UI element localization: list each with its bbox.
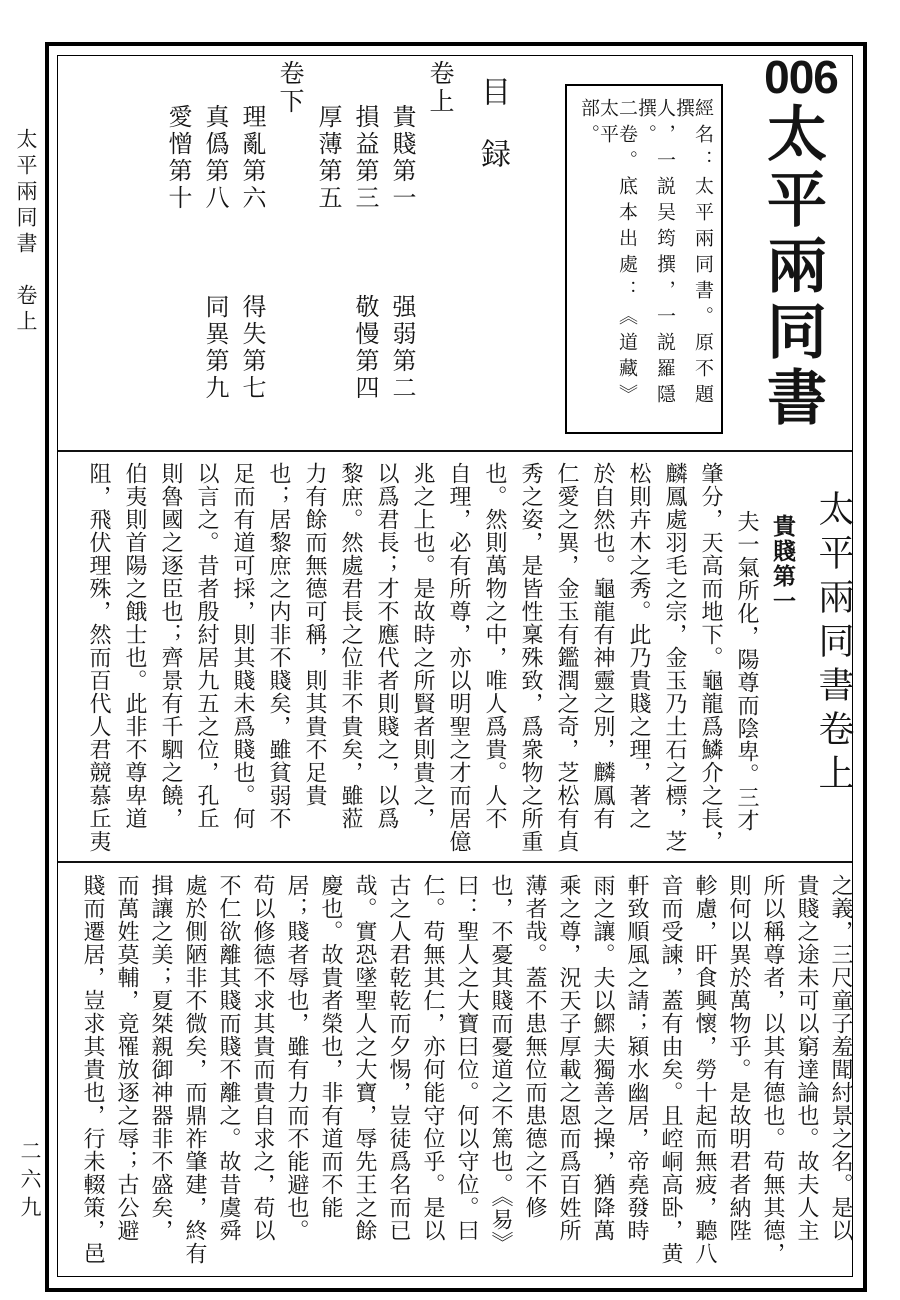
text-column: 慶也。故貴者榮也，非有道而不能 (318, 874, 342, 1282)
header-body-divider (58, 450, 852, 452)
text-column: 仁愛之異，金玉有鑑潤之奇，芝松有貞 (554, 462, 578, 858)
book-number: 006 (758, 50, 844, 104)
chapter-title-column: 太平兩同書卷上 (808, 462, 852, 858)
toc: 卷上 貴賤第一强弱第二 損益第三敬慢第四 厚薄第五 卷下 理亂第六得失第七 真僞… (164, 60, 452, 445)
toc-volume-label: 卷下 (275, 60, 302, 445)
text-column: 揖讓之美；夏桀親御神器非不盛矣， (148, 874, 172, 1282)
text-column: 乘之尊，況天子厚載之恩而爲百姓所 (556, 874, 580, 1282)
toc-column: 愛憎第十 (162, 60, 189, 445)
text-column: 音而受諫，蓋有由矣。且崆峒高卧，黄 (658, 874, 682, 1282)
toc-column: 貴賤第一强弱第二 (386, 60, 413, 445)
toc-column: 真僞第八同異第九 (199, 60, 226, 445)
text-column: 則魯國之逐臣也；齊景有千駟之饒， (158, 462, 182, 858)
text-column: 處於側陋非不微矣，而鼎祚肇建，終有 (182, 874, 206, 1282)
text-column: 也。然則萬物之中，唯人爲貴。人不 (482, 462, 506, 858)
toc-volume-label: 卷上 (425, 60, 452, 445)
toc-entry: 愛憎第十 (165, 104, 189, 294)
toc-column: 厚薄第五 (312, 60, 339, 445)
text-column: 之義，三尺童子羞聞紂景之名。是以 (828, 874, 852, 1282)
text-column: 松則卉木之秀。此乃貴賤之理，著之 (626, 462, 650, 858)
toc-entry: 同異第九 (201, 294, 227, 402)
toc-entry: 真僞第八 (202, 104, 226, 294)
scanned-book-page: 太平兩同書 卷上 二六九 006 太平兩同書 經名：太平兩同書。原不題撰 人，一… (0, 0, 900, 1300)
text-column: 古之人君乾乾而夕惕，豈徒爲名而已 (386, 874, 410, 1282)
folio-number: 二六九 (19, 1140, 40, 1260)
toc-entry: 厚薄第五 (315, 104, 339, 294)
text-column: 而萬姓莫輔，竟罹放逐之辱；古公避 (114, 874, 138, 1282)
toc-column: 損益第三敬慢第四 (349, 60, 376, 445)
text-column: 仁。苟無其仁，亦何能守位乎。是以 (420, 874, 444, 1282)
text-column: 曰：聖人之大寶曰位。何以守位。曰 (454, 874, 478, 1282)
text-column: 夫一氣所化，陽尊而陰卑。三才 (734, 462, 758, 858)
text-column: 力有餘而無德可稱，則其貴不足貴 (302, 462, 326, 858)
text-column: 哉。實恐墜聖人之大寶，辱先王之餘 (352, 874, 376, 1282)
text-column: 自理，必有所尊，亦以明聖之才而居億 (446, 462, 470, 858)
text-column: 麟鳳處羽毛之宗，金玉乃土石之標，芝 (662, 462, 686, 858)
text-column: 則何以異於萬物乎。是故明君者納陛 (726, 874, 750, 1282)
book-title: 太平兩同書 (762, 102, 822, 447)
toc-entry: 損益第三 (352, 104, 376, 294)
text-column: 也；居黎庶之内非不賤矣，雖貧弱不 (266, 462, 290, 858)
text-column: 也，不憂其賤而憂道之不篤也。《易》 (488, 874, 512, 1282)
colophon-column: 經名：太平兩同書。原不題撰 (687, 98, 712, 420)
text-column: 伯夷則首陽之餓士也。此非不尊卑道 (122, 462, 146, 858)
toc-entry: 貴賤第一 (389, 104, 413, 294)
text-column: 賤而遷居，豈求其貴也，行未輟策，邑 (80, 874, 104, 1282)
toc-entry: 理亂第六 (239, 104, 263, 294)
text-column: 以爲君長；才不應代者則賤之，以爲 (374, 462, 398, 858)
margin-title: 太平兩同書 卷上 (15, 128, 36, 428)
toc-entry: 得失第七 (238, 294, 264, 402)
text-column: 薄者哉。蓋不患無位而患德之不修 (522, 874, 546, 1282)
text-column: 阻，飛伏理殊，然而百代人君競慕丘夷 (86, 462, 110, 858)
text-column: 所以稱尊者，以其有德也。苟無其德， (760, 874, 784, 1282)
text-column: 軫慮，旰食興懷，勞十起而無疲，聽八 (692, 874, 716, 1282)
toc-entry: 强弱第二 (388, 294, 414, 402)
text-column: 雨之讓。夫以鰥夫獨善之操，猶降萬 (590, 874, 614, 1282)
text-column: 秀之姿，是皆性稟殊致，爲衆物之所重 (518, 462, 542, 858)
body-text-band-2: 之義，三尺童子羞聞紂景之名。是以 貴賤之途未可以窮達論也。故夫人主 所以稱尊者，… (56, 874, 852, 1282)
colophon-box: 經名：太平兩同書。原不題撰 人，一説吴筠撰，一説羅隱撰。 二卷。底本出處：《道藏… (565, 84, 723, 434)
text-column: 苟以修德不求其貴而貴自求之，苟以 (250, 874, 274, 1282)
text-column: 足而有道可採，則其賤未爲賤也。何 (230, 462, 254, 858)
text-column: 不仁欲離其賤而賤不離之。故昔虞舜 (216, 874, 240, 1282)
text-column: 以言之。昔者殷紂居九五之位，孔丘 (194, 462, 218, 858)
toc-entry: 敬慢第四 (351, 294, 377, 402)
text-column: 居；賤者辱也，雖有力而不能避也。 (284, 874, 308, 1282)
text-column: 軒致順風之請；潁水幽居，帝堯發時 (624, 874, 648, 1282)
band-divider (58, 861, 852, 863)
text-column: 肇分，天高而地下。龜龍爲鱗介之長， (698, 462, 722, 858)
text-column: 黎庶。然處君長之位非不貴矣，雖蒞 (338, 462, 362, 858)
body-text-band-1: 太平兩同書卷上 貴賤第一 夫一氣所化，陽尊而陰卑。三才 肇分，天高而地下。龜龍爲… (56, 462, 852, 858)
colophon-column: 人，一説吴筠撰，一説羅隱撰。 (649, 98, 674, 420)
toc-title: 目録 (477, 76, 507, 296)
section-heading-column: 貴賤第一 (770, 462, 794, 858)
text-column: 兆之上也。是故時之所賢者則貴之， (410, 462, 434, 858)
colophon-column: 二卷。底本出處：《道藏》太平 (611, 98, 636, 420)
text-column: 於自然也。龜龍有神靈之別，麟鳳有 (590, 462, 614, 858)
text-column: 貴賤之途未可以窮達論也。故夫人主 (794, 874, 818, 1282)
colophon-column: 部。 (573, 98, 598, 420)
toc-column: 理亂第六得失第七 (236, 60, 263, 445)
